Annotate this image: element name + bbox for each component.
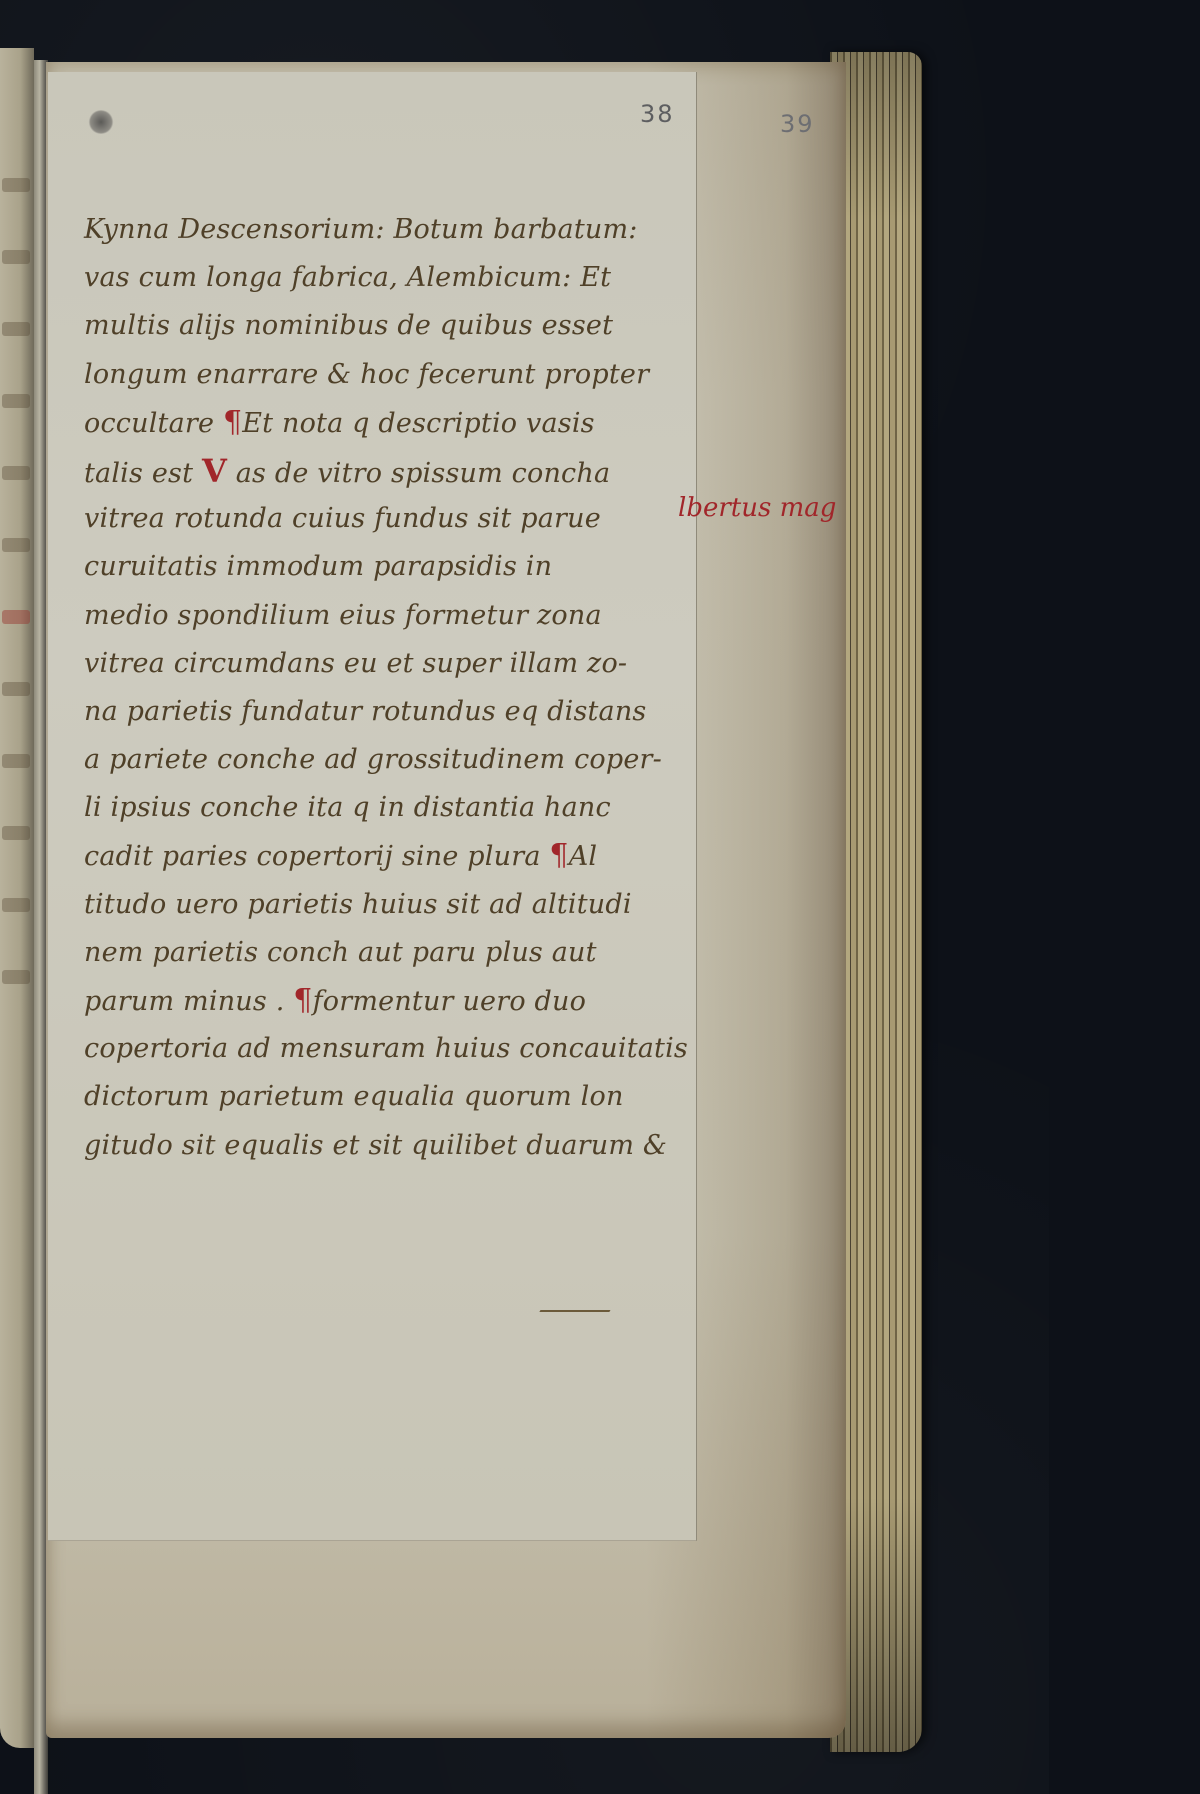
line-text: li ipsius conche ita q in distantia hanc bbox=[84, 792, 611, 823]
rubric-pilcrow: ¶ bbox=[549, 838, 568, 873]
facing-page-text-fragment bbox=[2, 826, 30, 840]
facing-page-text-fragment bbox=[2, 610, 30, 624]
text-line: vitrea rotunda cuius fundus sit parue bbox=[84, 495, 704, 543]
facing-page-text-fragment bbox=[2, 178, 30, 192]
line-text: nem parietis conch aut paru plus aut bbox=[84, 937, 597, 968]
facing-page-text-fragment bbox=[2, 394, 30, 408]
facing-page-text-fragment bbox=[2, 538, 30, 552]
line-text-after: Et nota q descriptio vasis bbox=[242, 408, 594, 439]
line-text-after: as de vitro spissum concha bbox=[227, 458, 610, 489]
line-text-before: cadit paries copertorij sine plura bbox=[84, 841, 549, 872]
line-text: medio spondilium eius formetur zona bbox=[84, 600, 602, 631]
facing-page-text-fragment bbox=[2, 898, 30, 912]
line-text-before: talis est bbox=[84, 458, 202, 489]
text-line: titudo uero parietis huius sit ad altitu… bbox=[84, 881, 704, 929]
marginal-note: lbertus mag bbox=[678, 493, 836, 523]
line-text-before: occultare bbox=[84, 408, 223, 439]
text-line: vitrea circumdans eu et super illam zo- bbox=[84, 640, 704, 688]
line-text-after: formentur uero duo bbox=[313, 986, 587, 1017]
line-text: multis alijs nominibus de quibus esset bbox=[84, 310, 613, 341]
line-text: a pariete conche ad grossitudinem coper- bbox=[84, 744, 662, 775]
text-line: cadit paries copertorij sine plura ¶Al bbox=[84, 832, 704, 880]
text-line: medio spondilium eius formetur zona bbox=[84, 592, 704, 640]
text-line: gitudo sit equalis et sit quilibet duaru… bbox=[84, 1122, 704, 1170]
rubric-pilcrow: ¶ bbox=[293, 983, 312, 1018]
facing-page-text-fragment bbox=[2, 682, 30, 696]
facing-page-text-fragment bbox=[2, 466, 30, 480]
text-line: occultare ¶Et nota q descriptio vasis bbox=[84, 399, 704, 447]
text-line: longum enarrare & hoc fecerunt propter bbox=[84, 351, 704, 399]
text-line: copertoria ad mensuram huius concauitati… bbox=[84, 1025, 704, 1073]
text-line: li ipsius conche ita q in distantia hanc bbox=[84, 784, 704, 832]
text-line: talis est V as de vitro spissum concha bbox=[84, 447, 704, 495]
facing-page-text-fragment bbox=[2, 970, 30, 984]
folio-number: 39 bbox=[780, 110, 815, 138]
line-text-before: parum minus . bbox=[84, 986, 293, 1017]
line-text: Kynna Descensorium: Botum barbatum: bbox=[84, 214, 638, 245]
line-text-after: Al bbox=[569, 841, 598, 872]
text-line: a pariete conche ad grossitudinem coper- bbox=[84, 736, 704, 784]
line-text: vitrea circumdans eu et super illam zo- bbox=[84, 648, 627, 679]
facing-page-text-fragment bbox=[2, 322, 30, 336]
text-line: na parietis fundatur rotundus eq distans bbox=[84, 688, 704, 736]
line-text: na parietis fundatur rotundus eq distans bbox=[84, 696, 647, 727]
line-text: dictorum parietum equalia quorum lon bbox=[84, 1081, 624, 1112]
facing-page-text-fragment bbox=[2, 250, 30, 264]
facing-page-edge bbox=[0, 48, 34, 1748]
text-line: multis alijs nominibus de quibus esset bbox=[84, 302, 704, 350]
line-text: titudo uero parietis huius sit ad altitu… bbox=[84, 889, 632, 920]
facing-page-text-fragment bbox=[2, 754, 30, 768]
text-line: curuitatis immodum parapsidis in bbox=[84, 543, 704, 591]
rubric-pilcrow: ¶ bbox=[223, 405, 242, 440]
line-text: gitudo sit equalis et sit quilibet duaru… bbox=[84, 1130, 667, 1161]
text-line: vas cum longa fabrica, Alembicum: Et bbox=[84, 254, 704, 302]
line-text: copertoria ad mensuram huius concauitati… bbox=[84, 1033, 688, 1064]
text-line: parum minus . ¶formentur uero duo bbox=[84, 977, 704, 1025]
text-line: Kynna Descensorium: Botum barbatum: bbox=[84, 206, 704, 254]
line-text: longum enarrare & hoc fecerunt propter bbox=[84, 359, 649, 390]
line-text: vitrea rotunda cuius fundus sit parue bbox=[84, 503, 601, 534]
old-folio-number: 38 bbox=[640, 100, 675, 128]
ink-smudge bbox=[88, 110, 114, 134]
line-text: vas cum longa fabrica, Alembicum: Et bbox=[84, 262, 611, 293]
line-text: curuitatis immodum parapsidis in bbox=[84, 551, 552, 582]
main-text-block: Kynna Descensorium: Botum barbatum:vas c… bbox=[84, 206, 704, 1170]
rubricated-initial: V bbox=[202, 452, 227, 490]
text-line: nem parietis conch aut paru plus aut bbox=[84, 929, 704, 977]
text-line: dictorum parietum equalia quorum lon bbox=[84, 1073, 704, 1121]
